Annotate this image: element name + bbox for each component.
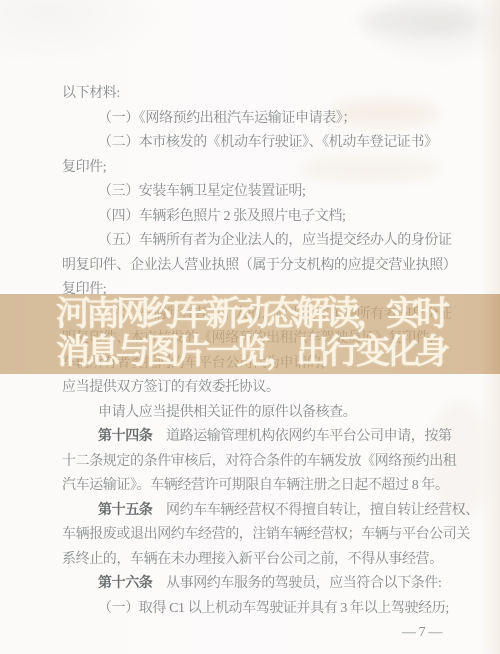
doc-line: （五）车辆所有者为企业法人的，应当提交经办人的身份证: [62, 229, 452, 254]
doc-line: 第十四条 道路运输管理机构依网约车平台公司申请，按第: [62, 425, 452, 450]
doc-line: （一）取得 C1 以上机动车驾驶证并具有 3 年以上驾驶经历;: [62, 597, 452, 622]
doc-line: 申请人应当提供相关证件的原件以备核查。: [62, 401, 452, 426]
document-photo: 以下材料: （一）《网络预约出租汽车运输证申请表》； （二）本市核发的《机动车行…: [0, 0, 500, 654]
doc-line: （二）本市核发的《机动车行驶证》、《机动车登记证书》: [62, 131, 452, 156]
doc-line: 汽车运输证》。车辆经营许可期限自车辆注册之日起不超过 8 年。: [62, 474, 452, 499]
page-number: — 7 —: [62, 621, 452, 646]
doc-line: 应当提供双方签订的有效委托协议。: [62, 376, 452, 401]
headline-line2: 消息与图片一览，出行变化身: [56, 333, 500, 371]
headline-overlay: 河南网约车新动态解读，实时 消息与图片一览，出行变化身: [0, 295, 500, 371]
doc-line: 系终止的，车辆在未办理接入新平台公司之前，不得从事经营。: [62, 548, 452, 573]
photo-smudge: [360, 6, 480, 36]
headline-line1: 河南网约车新动态解读，实时: [56, 295, 500, 333]
doc-line: （三）安装车辆卫星定位装置证明;: [62, 180, 452, 205]
doc-line: 以下材料:: [62, 82, 452, 107]
doc-line: 十二条规定的条件审核后，对符合条件的车辆发放《网络预约出租: [62, 450, 452, 475]
doc-line: 第十五条 网约车车辆经营权不得擅自转让，擅自转让经营权、: [62, 499, 452, 524]
doc-line: 复印件;: [62, 156, 452, 181]
doc-line: 明复印件、企业法人营业执照（属于分支机构的应提交营业执照）: [62, 254, 452, 279]
doc-line: （一）《网络预约出租汽车运输证申请表》；: [62, 107, 452, 132]
doc-line: （四）车辆彩色照片 2 张及照片电子文档;: [62, 205, 452, 230]
doc-line: 车辆报废或退出网约车经营的，注销车辆经营权；车辆与平台公司关: [62, 523, 452, 548]
doc-line: 第十六条 从事网约车服务的驾驶员，应当符合以下条件:: [62, 572, 452, 597]
